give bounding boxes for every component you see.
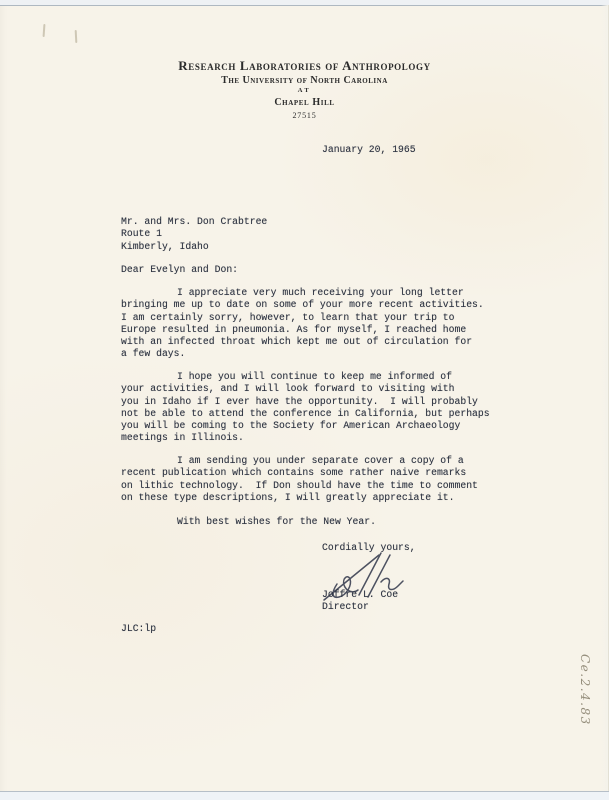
pencil-mark (75, 30, 77, 43)
salutation: Dear Evelyn and Don: (121, 264, 238, 276)
scan-edge-right (601, 5, 609, 791)
body-paragraph-3: I am sending you under separate cover a … (121, 455, 521, 504)
scan-edge-top (0, 0, 609, 6)
letterhead-at: AT (0, 87, 609, 94)
closing-line: With best wishes for the New Year. (121, 516, 521, 528)
scan-edge-bottom (0, 791, 609, 800)
pencil-mark (43, 24, 45, 37)
letterhead-organization: Research Laboratories of Anthropology (0, 58, 609, 74)
letterhead-university: The University of North Carolina (0, 75, 609, 86)
archive-margin-note: Ce.2.4.83 (578, 654, 592, 726)
scanned-letter-page: Research Laboratories of Anthropology Th… (0, 0, 609, 800)
letterhead-zip: 27515 (0, 111, 609, 120)
letterhead-city: Chapel Hill (0, 97, 609, 108)
letter-date: January 20, 1965 (322, 144, 416, 156)
typist-reference: JLC:lp (121, 623, 156, 635)
body-paragraph-2: I hope you will continue to keep me info… (121, 371, 521, 445)
signer-block: Joffre L. CoeDirector (322, 589, 398, 614)
signer-title: Director (322, 601, 369, 612)
signer-name: Joffre L. Coe (322, 589, 398, 600)
recipient-address: Mr. and Mrs. Don Crabtree Route 1 Kimber… (121, 216, 267, 253)
body-paragraph-1: I appreciate very much receiving your lo… (121, 287, 521, 361)
